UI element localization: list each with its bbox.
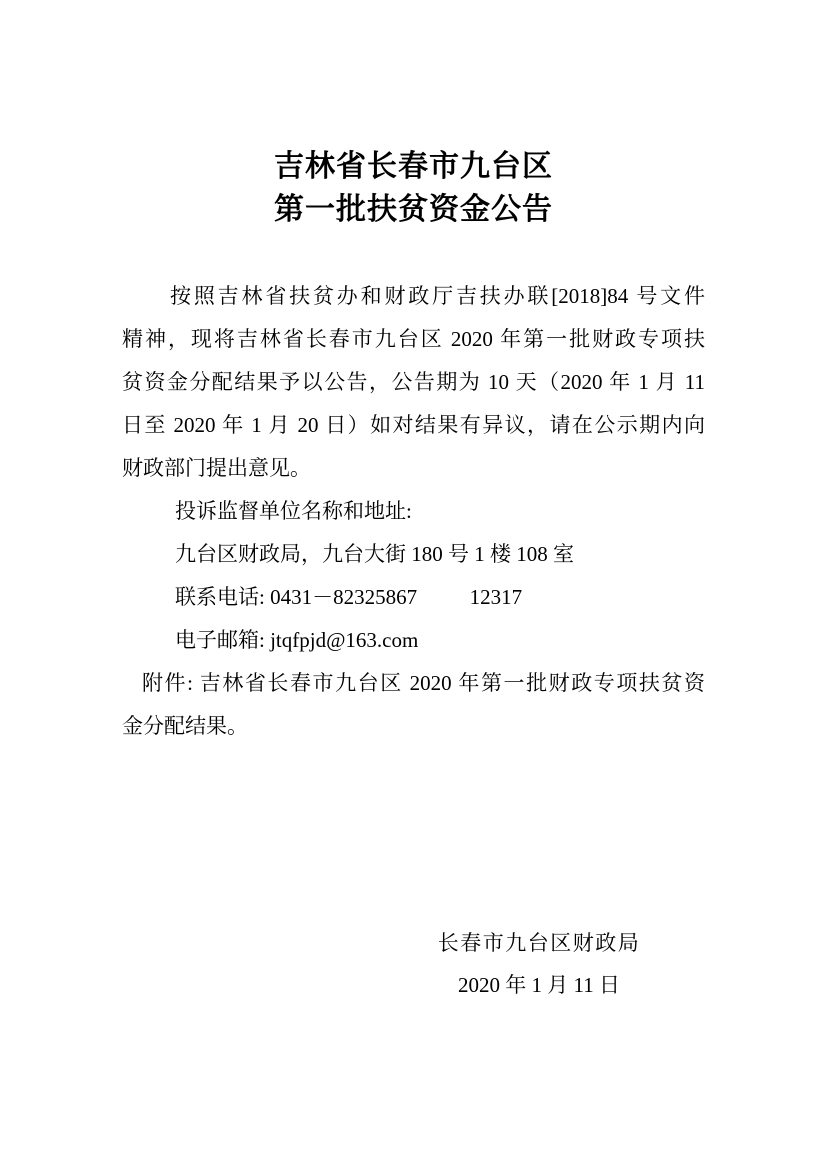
document-page: 吉林省长春市九台区 第一批扶贫资金公告 按照吉林省扶贫办和财政厅吉扶办联[201…	[0, 0, 827, 1169]
announcement-paragraph-line-5: 财政部门提出意见。	[122, 447, 705, 490]
complaint-unit-address: 九台区财政局，九台大街 180 号 1 楼 108 室	[122, 533, 705, 576]
announcement-paragraph-line-1: 按照吉林省扶贫办和财政厅吉扶办联[2018]84 号文件	[122, 275, 705, 318]
announcement-paragraph-line-2: 精神，现将吉林省长春市九台区 2020 年第一批财政专项扶	[122, 318, 705, 361]
announcement-paragraph-line-3: 贫资金分配结果予以公告，公告期为 10 天（2020 年 1 月 11	[122, 361, 705, 404]
attachment-note-line-1: 附件: 吉林省长春市九台区 2020 年第一批财政专项扶贫资	[122, 662, 705, 705]
signature-block: 长春市九台区财政局 2020 年 1 月 11 日	[251, 922, 827, 1006]
title-line-1: 吉林省长春市九台区	[0, 145, 827, 188]
document-body: 按照吉林省扶贫办和财政厅吉扶办联[2018]84 号文件 精神，现将吉林省长春市…	[122, 275, 705, 748]
announcement-paragraph-line-4: 日至 2020 年 1 月 20 日）如对结果有异议，请在公示期内向	[122, 404, 705, 447]
title-line-2: 第一批扶贫资金公告	[0, 188, 827, 231]
signature-organization: 长春市九台区财政局	[251, 922, 827, 964]
document-title: 吉林省长春市九台区 第一批扶贫资金公告	[0, 0, 827, 231]
signature-date: 2020 年 1 月 11 日	[251, 964, 827, 1006]
attachment-note-line-2: 金分配结果。	[122, 705, 705, 748]
complaint-unit-heading: 投诉监督单位名称和地址:	[122, 490, 705, 533]
contact-phone-line: 联系电话: 0431－82325867 12317	[122, 576, 705, 619]
contact-email-line: 电子邮箱: jtqfpjd@163.com	[122, 619, 705, 662]
